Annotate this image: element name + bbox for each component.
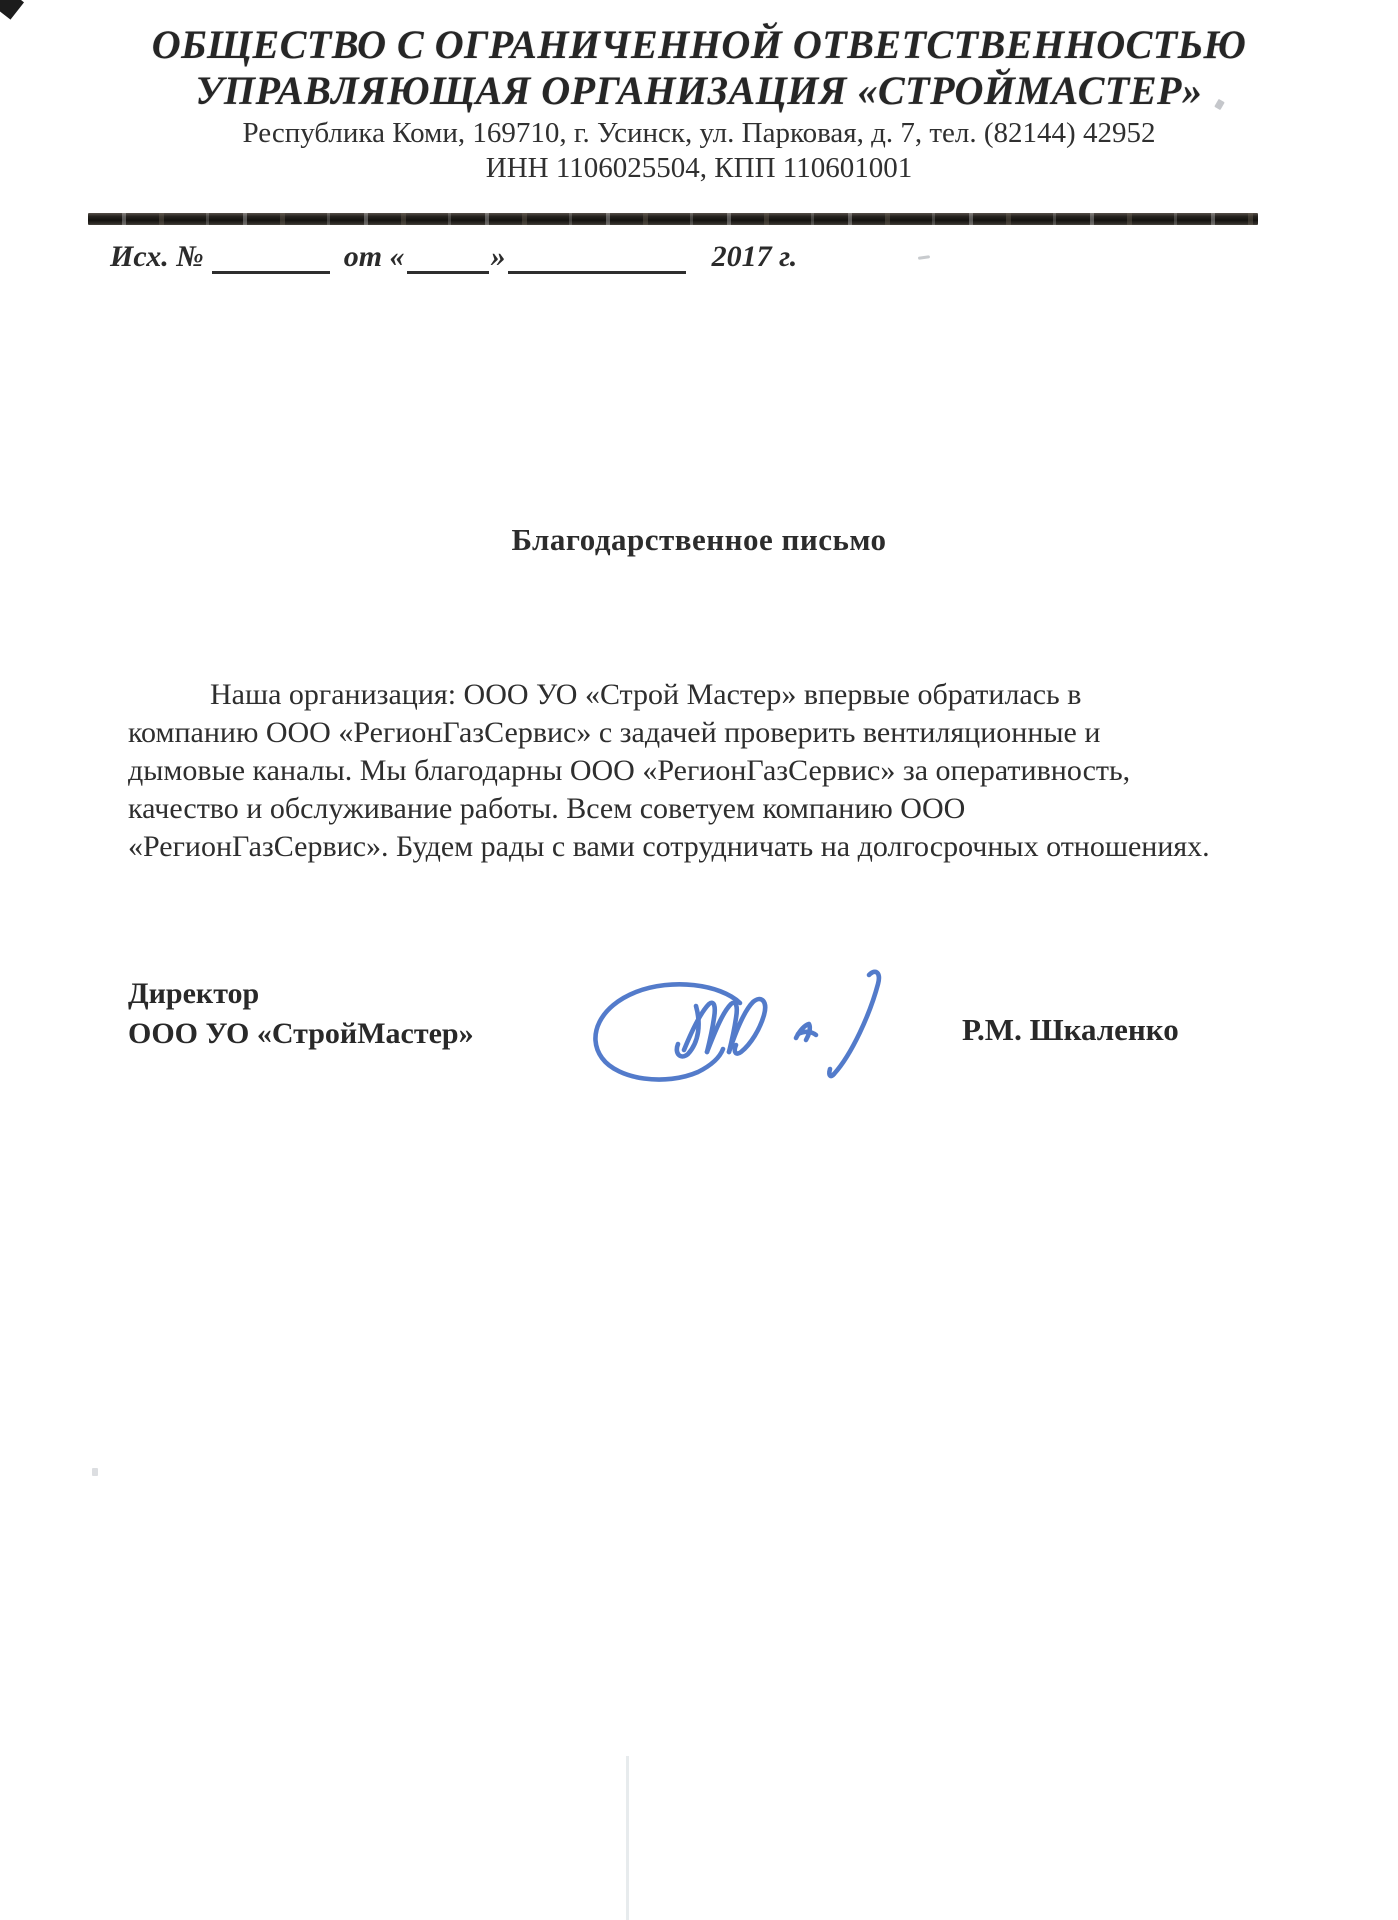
ref-month-blank: [508, 241, 686, 274]
letterhead-divider-bar: [88, 213, 1258, 225]
scan-dash-artifact: [918, 255, 930, 260]
signer-position-line2: ООО УО «СтройМастер»: [128, 1014, 474, 1054]
tax-id-line: ИНН 1106025504, КПП 110601001: [0, 151, 1398, 186]
ref-day-blank: [407, 241, 489, 274]
body-line: Наша организация: ООО УО «Строй Мастер» …: [128, 676, 1358, 714]
signer-position-line1: Директор: [128, 974, 474, 1014]
letter-title: Благодарственное письмо: [0, 522, 1398, 558]
ref-number-blank: [212, 241, 330, 274]
scan-fold-line: [626, 1756, 629, 1920]
body-line: качество и обслуживание работы. Всем сов…: [128, 790, 1358, 828]
ref-year-label: 2017 г.: [712, 240, 798, 273]
body-line: дымовые каналы. Мы благодарны ООО «Регио…: [128, 752, 1358, 790]
outgoing-reference-line: Исх. №от «»2017 г.: [110, 240, 797, 274]
organization-name-line2: УПРАВЛЯЮЩАЯ ОРГАНИЗАЦИЯ «СТРОЙМАСТЕР»: [0, 68, 1398, 114]
organization-name-line1: ОБЩЕСТВО С ОГРАНИЧЕННОЙ ОТВЕТСТВЕННОСТЬЮ: [0, 22, 1398, 68]
letter-body: Наша организация: ООО УО «Строй Мастер» …: [128, 676, 1358, 866]
signer-name: Р.М. Шкаленко: [962, 1012, 1179, 1048]
scanned-letter-page: ОБЩЕСТВО С ОГРАНИЧЕННОЙ ОТВЕТСТВЕННОСТЬЮ…: [0, 0, 1398, 1920]
scan-corner-artifact: [0, 0, 24, 20]
body-line: компанию ООО «РегионГазСервис» с задачей…: [128, 714, 1358, 752]
body-line: «РегионГазСервис». Будем рады с вами сот…: [128, 828, 1358, 866]
letterhead-contact-block: Республика Коми, 169710, г. Усинск, ул. …: [0, 116, 1398, 186]
address-line: Республика Коми, 169710, г. Усинск, ул. …: [0, 116, 1398, 151]
ref-from-label: от «: [344, 240, 405, 273]
ref-prefix-label: Исх. №: [110, 240, 204, 273]
letterhead: ОБЩЕСТВО С ОГРАНИЧЕННОЙ ОТВЕТСТВЕННОСТЬЮ…: [0, 22, 1398, 114]
ref-close-quote: »: [491, 240, 506, 273]
signer-position-block: Директор ООО УО «СтройМастер»: [128, 974, 474, 1054]
handwritten-signature: [572, 946, 924, 1128]
scan-tick-artifact: [92, 1468, 98, 1476]
